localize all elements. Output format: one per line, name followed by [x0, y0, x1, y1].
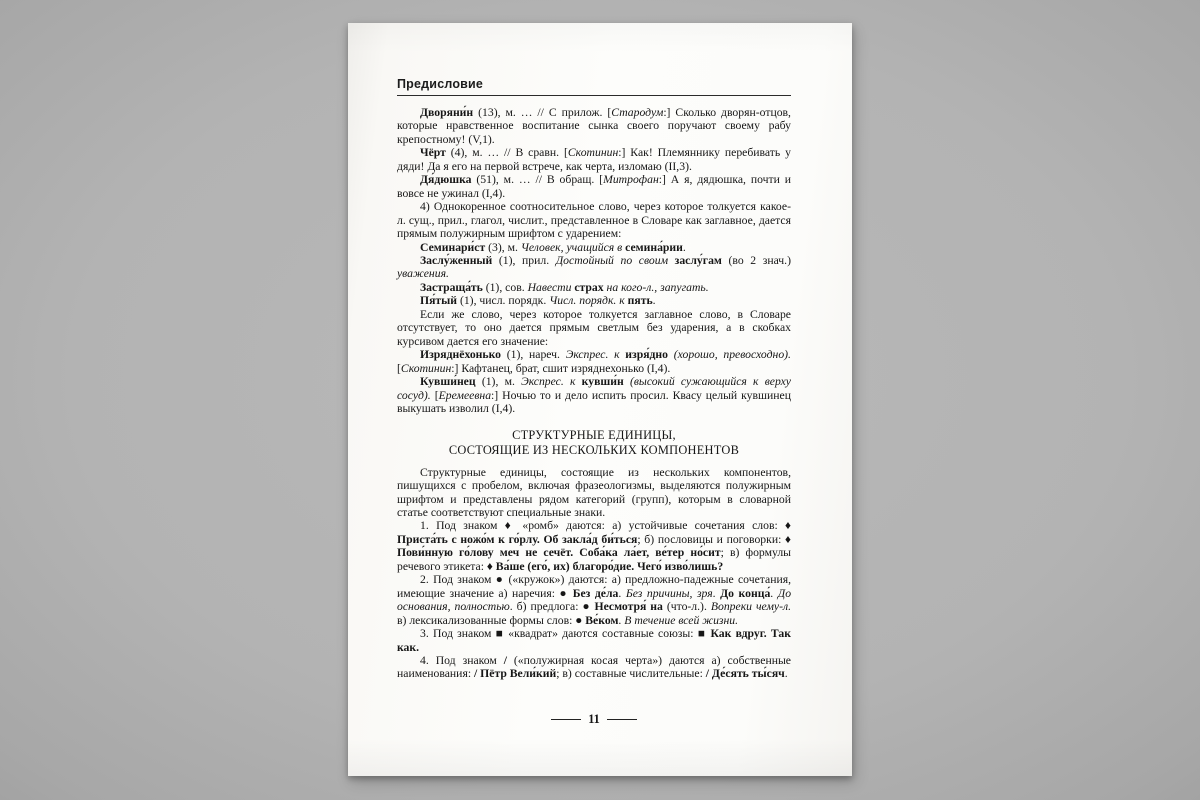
entry-izryadnyokhonko: Изряднёхонько (1), нареч. Экспрес. к изр…: [397, 348, 791, 375]
entry-dyadushka: Дя́дюшка (51), м. … // В обращ. [Митрофа…: [397, 173, 791, 200]
entry-seminarist: Семинари́ст (3), м. Человек, учащийся в …: [397, 241, 791, 254]
para-structural-units: Структурные единицы, состоящие из нескол…: [397, 466, 791, 520]
item-2-kruzhok: 2. Под знаком ● («кружок») даются: а) пр…: [397, 573, 791, 627]
entry-chert: Чёрт (4), м. … // В сравн. [Скотинин:] К…: [397, 146, 791, 173]
photo-backdrop: { "colors": { "backdrop": "#b3b3b3", "pa…: [0, 0, 1200, 800]
page-footer: 11: [397, 712, 791, 726]
entry-dvoryanin: Дворяни́н (13), м. … // С прилож. [Старо…: [397, 106, 791, 146]
running-header: Предисловие: [397, 77, 791, 91]
footer-dash: [551, 719, 581, 720]
note-svetlym-shriftom: Если же слово, через которое толкуется з…: [397, 308, 791, 348]
item-3-kvadrat: 3. Под знаком ■ «квадрат» даются составн…: [397, 627, 791, 654]
entry-kuvshinets: Кувши́нец (1), м. Экспрес. к кувши́н (вы…: [397, 375, 791, 415]
page-number: 11: [586, 712, 602, 726]
note-odnokorennoe: 4) Однокоренное соотносительное слово, ч…: [397, 200, 791, 240]
entry-pyatyj: Пя́тый (1), числ. порядк. Числ. порядк. …: [397, 294, 791, 307]
page-content: Предисловие Дворяни́н (13), м. … // С пр…: [397, 77, 791, 681]
page-body: Дворяни́н (13), м. … // С прилож. [Старо…: [397, 106, 791, 681]
entry-zasluzhennyj: Заслу́женный (1), прил. Достойный по сво…: [397, 254, 791, 281]
footer-dash: [607, 719, 637, 720]
header-rule: [397, 95, 791, 96]
item-1-romb: 1. Под знаком ♦ «ромб» даются: а) устойч…: [397, 519, 791, 573]
entry-zastrashchat: Застраща́ть (1), сов. Навести страх на к…: [397, 281, 791, 294]
item-4-slash: 4. Под знаком / («полужирная косая черта…: [397, 654, 791, 681]
section-heading: СТРУКТУРНЫЕ ЕДИНИЦЫ,СОСТОЯЩИЕ ИЗ НЕСКОЛЬ…: [397, 428, 791, 457]
book-page: Предисловие Дворяни́н (13), м. … // С пр…: [348, 23, 852, 776]
